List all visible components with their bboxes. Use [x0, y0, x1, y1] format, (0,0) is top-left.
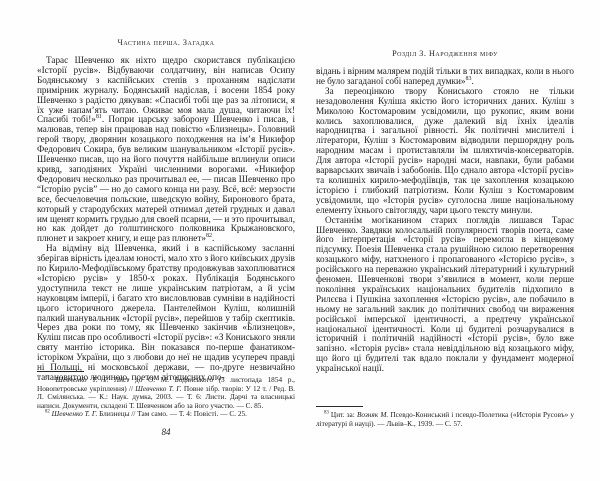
left-page-number: 84 [37, 427, 295, 437]
text-run: відань і вірним малярем подій тільки в т… [316, 66, 574, 86]
footnote-marker: 81 [45, 376, 50, 381]
footnote: 82 Шевченко Т. Г. Близнецы // Там само. … [37, 410, 295, 419]
text-run: На відміну від Шевченка, який і в каспій… [37, 243, 295, 382]
right-running-head: Розділ 3. Народження міфу [316, 49, 574, 58]
left-footnotes: 81 Шевченко Т. Г. Лист до О. М. Бодянськ… [37, 376, 295, 419]
text-run: . [212, 233, 214, 243]
text-run: Близнецы // Там само. — Т. 4: Повісті. —… [97, 409, 247, 418]
footnote: 83 Цит. за: Возняк М. Псевдо-Кониський і… [316, 411, 574, 428]
left-footnote-block: 81 Шевченко Т. Г. Лист до О. М. Бодянськ… [37, 371, 295, 419]
footnote-marker: 83 [324, 411, 329, 416]
book-spread: Частина перша. Загадка Тарас Шевченко як… [0, 0, 600, 481]
left-footnote-separator [37, 371, 84, 372]
left-body-text: Тарас Шевченко як ніхто щедро скориставс… [37, 56, 295, 383]
right-footnote-separator [316, 406, 363, 407]
text-run: За переоцінкою твору Кониського стояло н… [316, 86, 574, 215]
text-run: . [471, 76, 473, 86]
left-running-head: Частина перша. Загадка [37, 38, 295, 47]
footnote-marker: 82 [45, 410, 50, 415]
right-page: Розділ 3. Народження міфу відань і вірни… [316, 49, 574, 374]
paragraph: На відміну від Шевченка, який і в каспій… [37, 244, 295, 383]
right-body-text: відань і вірним малярем подій тільки в т… [316, 67, 574, 374]
paragraph: За переоцінкою твору Кониського стояло н… [316, 87, 574, 216]
text-run: . Попри царську заборону Шевченко і писа… [37, 114, 295, 243]
right-footnote-block: 83 Цит. за: Возняк М. Псевдо-Кониський і… [316, 406, 574, 428]
right-footnotes: 83 Цит. за: Возняк М. Псевдо-Кониський і… [316, 411, 574, 428]
footnote: 81 Шевченко Т. Г. Лист до О. М. Бодянськ… [37, 376, 295, 410]
text-run: Шевченко Т. Г. [52, 409, 98, 418]
left-page: Частина перша. Загадка Тарас Шевченко як… [37, 38, 295, 383]
paragraph: відань і вірним малярем подій тільки в т… [316, 67, 574, 87]
paragraph: Останнім могіканином старих поглядів лиш… [316, 216, 574, 375]
paragraph: Тарас Шевченко як ніхто щедро скориставс… [37, 56, 295, 244]
text-run: Останнім могіканином старих поглядів лиш… [316, 215, 574, 374]
